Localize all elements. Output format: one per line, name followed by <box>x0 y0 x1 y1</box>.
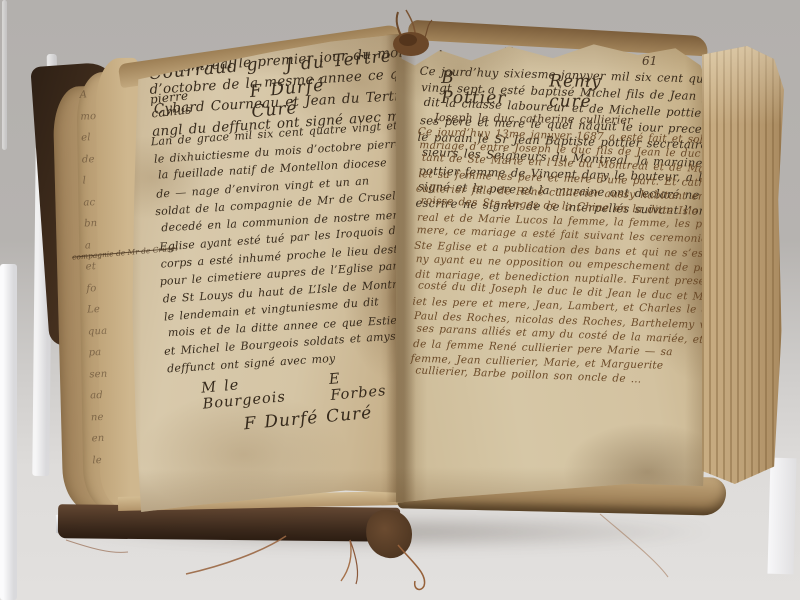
photograph-of-manuscript: de montreal le premier iour du mois —d’o… <box>0 0 800 600</box>
frayed-threads <box>0 0 800 600</box>
